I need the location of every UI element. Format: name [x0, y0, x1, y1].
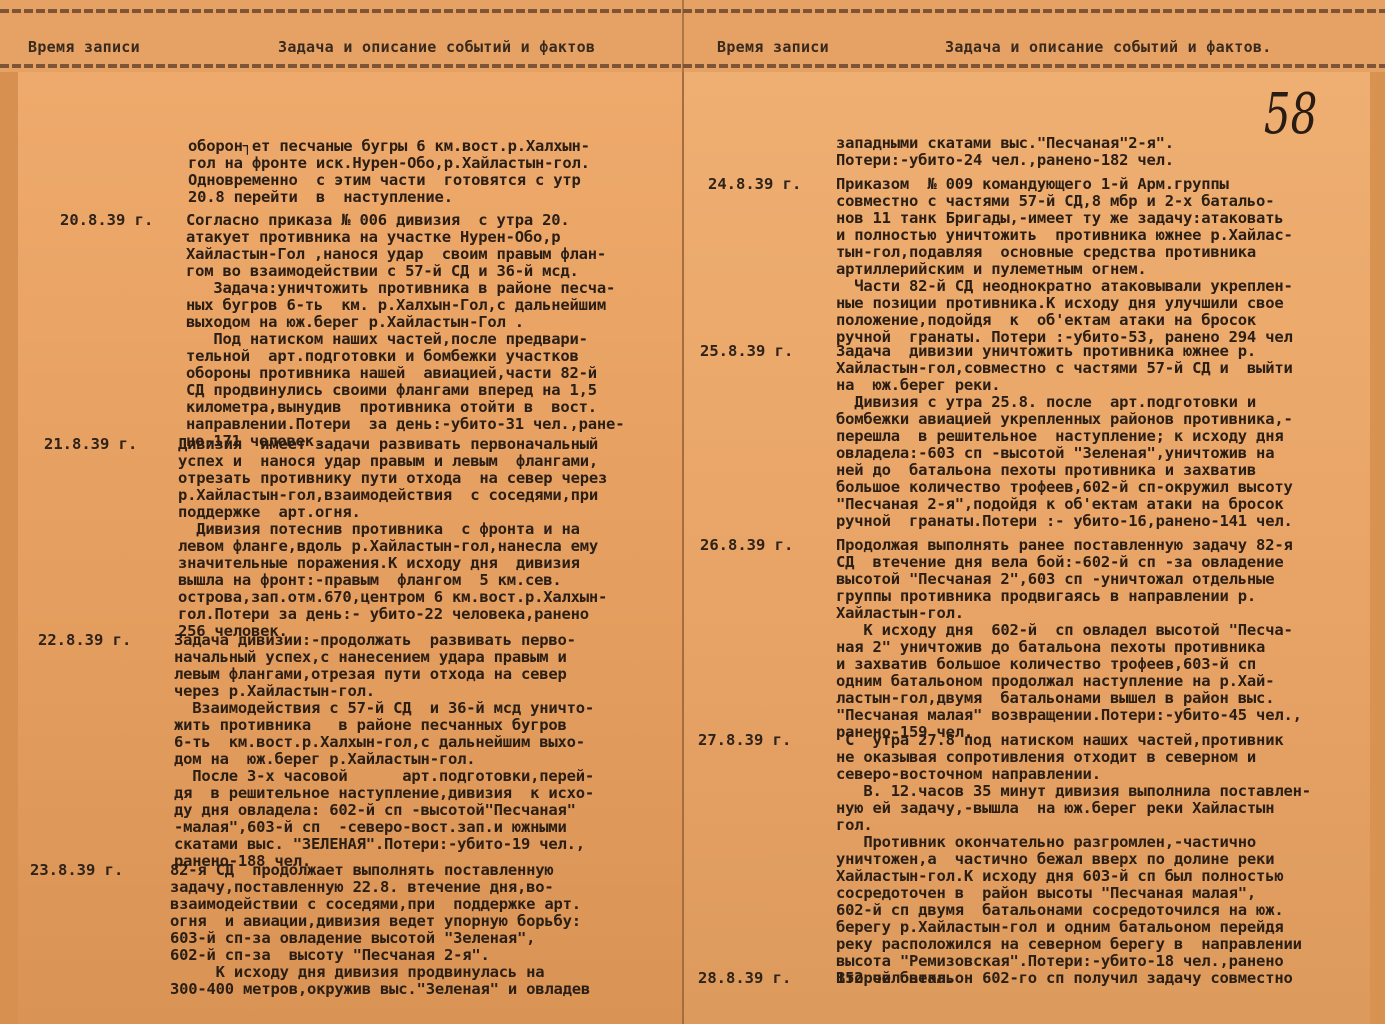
- left-header-strip: Время записи Задача и описание событий и…: [0, 0, 683, 72]
- entry-date: 21.8.39 г.: [44, 436, 137, 453]
- entry-text: Продолжая выполнять ранее поставленную з…: [836, 537, 1302, 741]
- entry-date: 27.8.39 г.: [698, 732, 791, 749]
- entry-text: Согласно приказа № 006 дивизия с утра 20…: [186, 212, 624, 450]
- right-header-strip: Время записи Задача и описание событий и…: [683, 0, 1385, 72]
- document-spread: Время записи Задача и описание событий и…: [0, 0, 1385, 1024]
- entry-text: Приказом № 009 командующего 1-й Арм.груп…: [836, 176, 1293, 346]
- header-rule-bottom: [683, 64, 1385, 68]
- header-rule-top: [0, 9, 683, 13]
- header-rule-top: [683, 9, 1385, 13]
- entry-text: западными скатами выс."Песчаная"2-я". По…: [836, 135, 1174, 169]
- header-rule-bottom: [0, 64, 683, 68]
- entry-text: Дивизия имеет задачи развивать первонача…: [178, 436, 607, 640]
- left-col-head-time: Время записи: [28, 38, 140, 56]
- entry-date: 26.8.39 г.: [700, 537, 793, 554]
- entry-date: 25.8.39 г.: [700, 343, 793, 360]
- entry-text: Задача дивизии:-продолжать развивать пер…: [174, 632, 594, 870]
- entry-date: 23.8.39 г.: [30, 862, 123, 879]
- entry-text: оборон┐ет песчаные бугры 6 км.вост.р.Хал…: [188, 138, 590, 206]
- entry-text: Задача дивизии уничтожить противника южн…: [836, 343, 1293, 530]
- entry-text: С утра 27.8 под натиском наших частей,пр…: [836, 732, 1311, 987]
- entry-date: 24.8.39 г.: [708, 176, 801, 193]
- entry-text: Второй батальон 602-го сп получил задачу…: [836, 970, 1293, 987]
- entry-date: 20.8.39 г.: [60, 212, 153, 229]
- entry-date: 22.8.39 г.: [38, 632, 131, 649]
- right-col-head-time: Время записи: [717, 38, 829, 56]
- handwritten-page-number: 58: [1264, 82, 1317, 147]
- entry-date: 28.8.39 г.: [698, 970, 791, 987]
- right-col-head-task: Задача и описание событий и фактов.: [945, 38, 1272, 56]
- left-col-head-task: Задача и описание событий и фактов: [278, 38, 595, 56]
- entry-text: 82-я СД продолжает выполнять поставленну…: [170, 862, 590, 998]
